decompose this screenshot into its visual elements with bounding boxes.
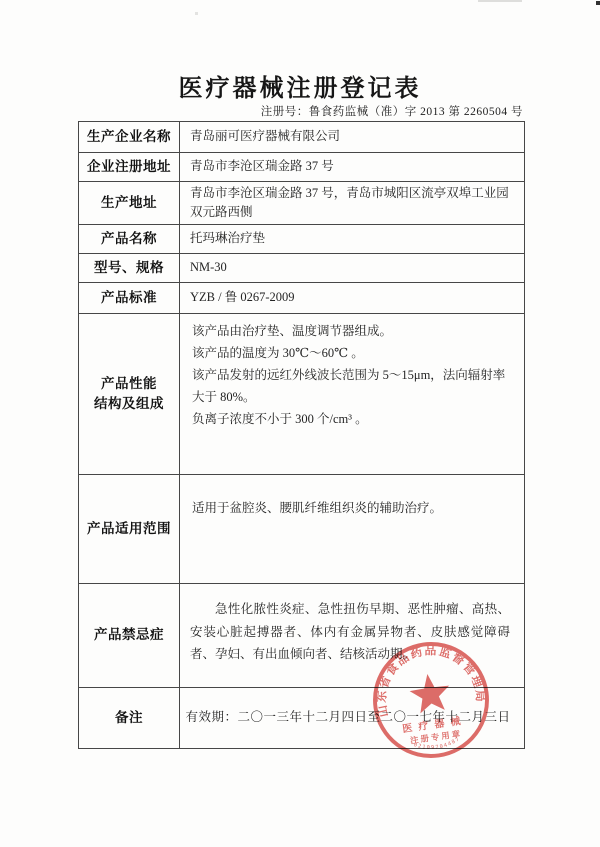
row-label: 产品标准 [79,283,180,313]
table-row-product-standard: 产品标准 YZB / 鲁 0267-2009 [79,283,524,314]
table-row-manufacturer: 生产企业名称 青岛丽可医疗器械有限公司 [79,122,524,153]
row-label: 型号、规格 [79,254,180,282]
row-value: 急性化脓性炎症、急性扭伤早期、恶性肿瘤、高热、安装心脏起搏器者、体内有金属异物者… [180,584,524,687]
row-label: 生产企业名称 [79,122,180,152]
validity-period-value: 有效期：二〇一三年十二月四日至二〇一七年十二月三日 [180,688,524,748]
table-row-performance-composition: 产品性能 结构及组成 该产品由治疗垫、温度调节器组成。 该产品的温度为 30℃～… [79,314,524,475]
registration-number: 注册号：鲁食药监械（准）字 2013 第 2260504 号 [78,103,523,119]
row-value: 适用于盆腔炎、腰肌纤维组织炎的辅助治疗。 [180,475,524,583]
scan-speck [195,12,198,15]
row-value: 该产品由治疗垫、温度调节器组成。 该产品的温度为 30℃～60℃ 。 该产品发射… [180,314,524,474]
table-row-contraindications: 产品禁忌症 急性化脓性炎症、急性扭伤早期、恶性肿瘤、高热、安装心脏起搏器者、体内… [79,584,524,688]
row-label: 备注 [79,688,180,748]
scan-corner-speck [596,1,600,5]
table-row-model-spec: 型号、规格 NM-30 [79,254,524,283]
table-row-remarks: 备注 有效期：二〇一三年十二月四日至二〇一七年十二月三日 [79,688,524,749]
row-value: 青岛市李沧区瑞金路 37 号 [180,153,524,181]
scanned-document-page: 医疗器械注册登记表 注册号：鲁食药监械（准）字 2013 第 2260504 号… [0,0,600,847]
row-label: 产品名称 [79,225,180,253]
row-value: YZB / 鲁 0267-2009 [180,283,524,313]
row-label: 产品性能 结构及组成 [79,314,180,474]
scan-smudge [478,0,522,2]
row-value: NM-30 [180,254,524,282]
row-label: 企业注册地址 [79,153,180,181]
row-label: 生产地址 [79,182,180,224]
row-value: 青岛市李沧区瑞金路 37 号，青岛市城阳区流亭双埠工业园双元路西侧 [180,182,524,224]
registration-form-table: 生产企业名称 青岛丽可医疗器械有限公司 企业注册地址 青岛市李沧区瑞金路 37 … [78,121,525,749]
row-label: 产品适用范围 [79,475,180,583]
performance-line: 该产品发射的远红外线波长范围为 5～15μm，法向辐射率大于 80%。 [192,365,516,409]
row-value: 青岛丽可医疗器械有限公司 [180,122,524,152]
performance-line: 负离子浓度不小于 300 个/cm³ 。 [192,409,516,431]
table-row-registered-address: 企业注册地址 青岛市李沧区瑞金路 37 号 [79,153,524,182]
table-row-scope-of-application: 产品适用范围 适用于盆腔炎、腰肌纤维组织炎的辅助治疗。 [79,475,524,584]
table-row-product-name: 产品名称 托玛琳治疗垫 [79,225,524,254]
document-title: 医疗器械注册登记表 [0,68,600,103]
table-row-production-address: 生产地址 青岛市李沧区瑞金路 37 号，青岛市城阳区流亭双埠工业园双元路西侧 [79,182,524,225]
performance-line: 该产品由治疗垫、温度调节器组成。 [192,321,516,343]
row-label: 产品禁忌症 [79,584,180,687]
row-value: 托玛琳治疗垫 [180,225,524,253]
performance-line: 该产品的温度为 30℃～60℃ 。 [192,343,516,365]
